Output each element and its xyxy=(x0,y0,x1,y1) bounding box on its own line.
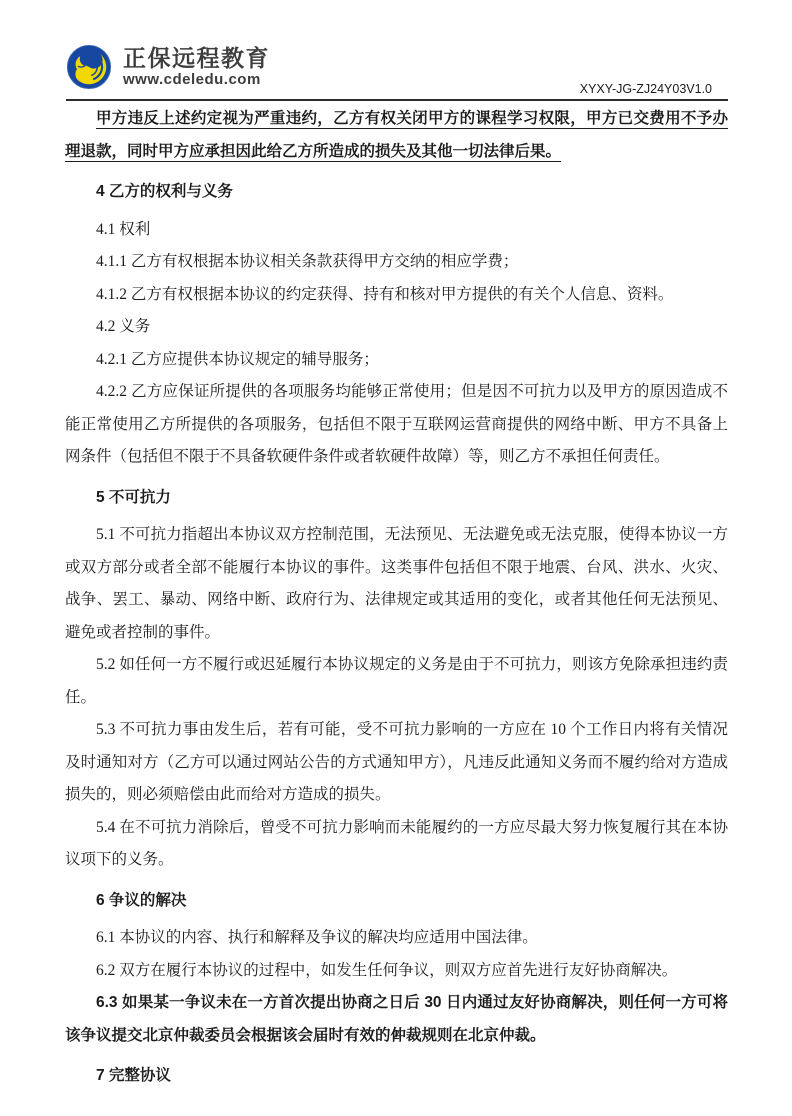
paragraph-4-2-2: 4.2.2 乙方应保证所提供的各项服务均能够正常使用；但是因不可抗力以及甲方的原… xyxy=(65,376,728,474)
section-heading-7: 7 完整协议 xyxy=(65,1060,728,1093)
paragraph-6-2: 6.2 双方在履行本协议的过程中，如发生任何争议，则双方应首先进行友好协商解决。 xyxy=(65,955,728,988)
paragraph-6-3: 6.3 如果某一争议未在一方首次提出协商之日后 30 日内通过友好协商解决，则任… xyxy=(65,987,728,1052)
page-number: 2 xyxy=(392,1027,399,1042)
brand-url: www.cdeledu.com xyxy=(123,71,270,89)
section-heading-4: 4 乙方的权利与义务 xyxy=(65,176,728,209)
paragraph-5-2: 5.2 如任何一方不履行或迟延履行本协议规定的义务是由于不可抗力，则该方免除承担… xyxy=(65,649,728,714)
paragraph-5-1: 5.1 不可抗力指超出本协议双方控制范围，无法预见、无法避免或无法克服，使得本协… xyxy=(65,519,728,649)
brand-name: 正保远程教育 xyxy=(123,45,270,71)
paragraph-4-1-1: 4.1.1 乙方有权根据本协议相关条款获得甲方交纳的相应学费； xyxy=(65,246,728,279)
section-heading-5: 5 不可抗力 xyxy=(65,482,728,515)
paragraph-6-1: 6.1 本协议的内容、执行和解释及争议的解决均应适用中国法律。 xyxy=(65,922,728,955)
section-heading-6: 6 争议的解决 xyxy=(65,885,728,918)
brand-text: 正保远程教育 www.cdeledu.com xyxy=(123,45,270,89)
paragraph-5-4: 5.4 在不可抗力消除后，曾受不可抗力影响而未能履约的一方应尽最大努力恢复履行其… xyxy=(65,812,728,877)
paragraph-4-1: 4.1 权利 xyxy=(65,214,728,247)
paragraph-5-3: 5.3 不可抗力事由发生后，若有可能，受不可抗力影响的一方应在 10 个工作日内… xyxy=(65,714,728,812)
document-page: 正保远程教育 www.cdeledu.com XYXY-JG-ZJ24Y03V1… xyxy=(0,0,792,1116)
intro-paragraph: 甲方违反上述约定视为严重违约，乙方有权关闭甲方的课程学习权限，甲方已交费用不予办… xyxy=(65,103,728,168)
page-footer: 2 xyxy=(0,1027,792,1042)
paragraph-4-2-1: 4.2.1 乙方应提供本协议规定的辅导服务； xyxy=(65,344,728,377)
paragraph-4-1-2: 4.1.2 乙方有权根据本协议的约定获得、持有和核对甲方提供的有关个人信息、资料… xyxy=(65,279,728,312)
document-body: 甲方违反上述约定视为严重违约，乙方有权关闭甲方的课程学习权限，甲方已交费用不予办… xyxy=(0,101,792,1093)
document-header: 正保远程教育 www.cdeledu.com XYXY-JG-ZJ24Y03V1… xyxy=(0,0,792,101)
paragraph-4-2: 4.2 义务 xyxy=(65,311,728,344)
brand-logo-icon xyxy=(66,44,112,90)
